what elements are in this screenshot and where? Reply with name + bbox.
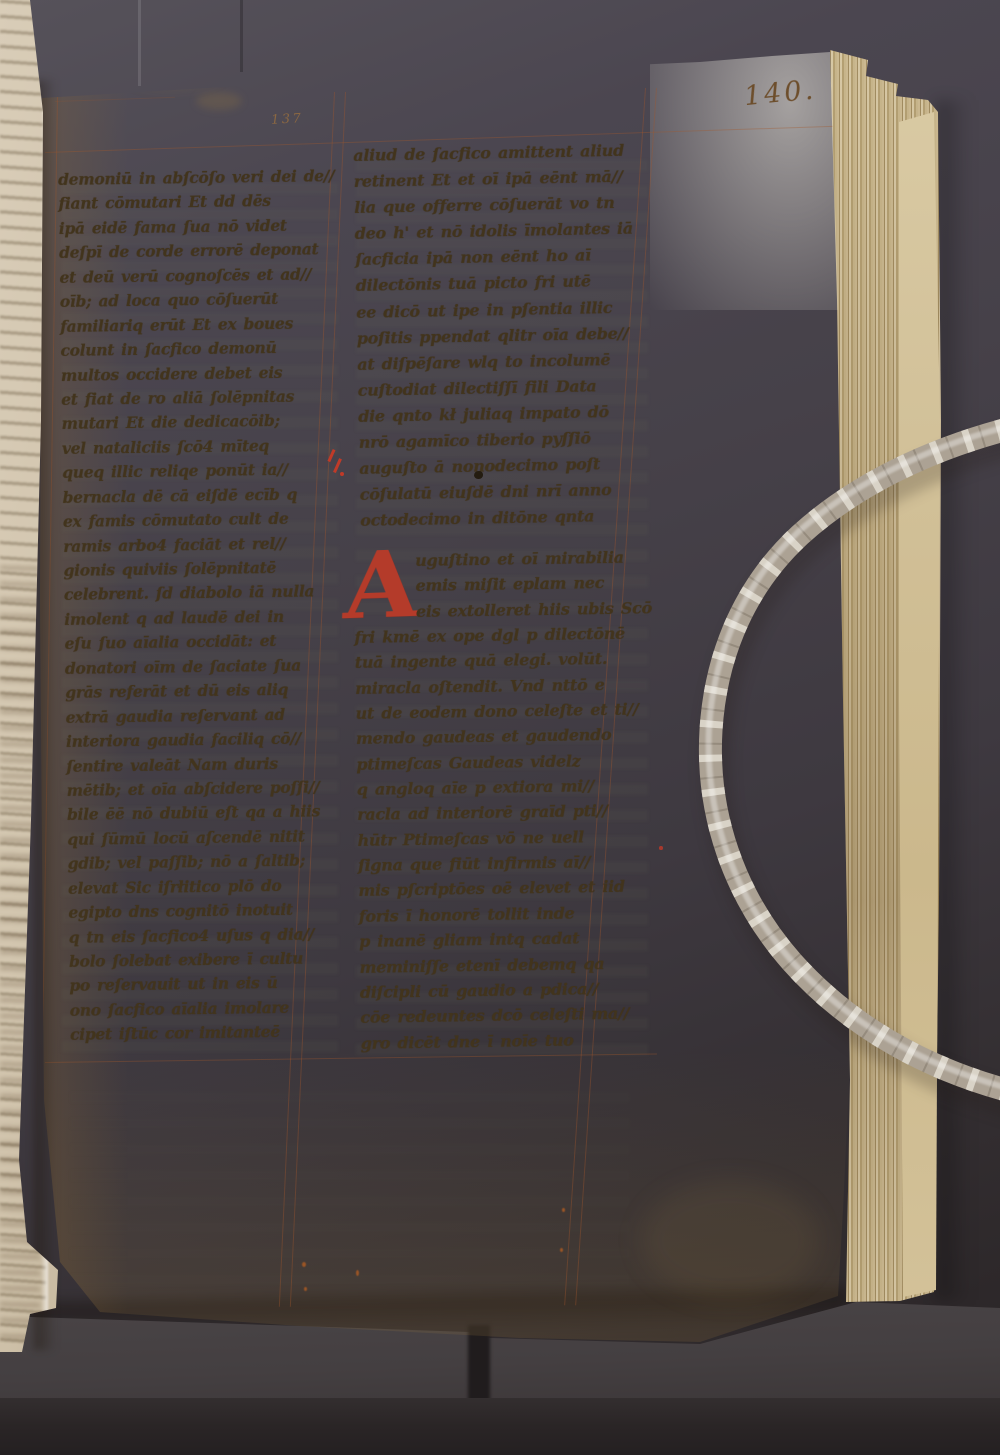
manuscript-text-line: deſpī de corde errorē deponat (59, 237, 336, 265)
ink-blot (474, 471, 483, 479)
manuscript-text-line: emis miſit eplam nec (415, 570, 651, 599)
manuscript-text-line: donatori oīm de ſaciate ſua (65, 653, 342, 681)
table-surface (0, 1398, 1000, 1455)
rust-spot (302, 1262, 306, 1267)
manuscript-text-line: celebrent. ſd diabolo iā nulla (64, 580, 341, 608)
red-correction-mark (340, 472, 344, 476)
fore-edge-shadow (936, 100, 970, 1300)
manuscript-text-line: interiora gaudia faciliq cō// (66, 726, 343, 754)
foam-step-edge (138, 0, 141, 86)
manuscript-text-line: demoniū in abſcōſo veri dei de// (58, 164, 335, 192)
right-text-column-block1: aliud de ſacfico amittent aliudretinent … (353, 138, 639, 535)
left-text-column: demoniū in abſcōſo veri dei de//fiant cō… (58, 164, 347, 1048)
manuscript-photo: 137 140. demoniū in abſcōſo veri dei de/… (0, 0, 1000, 1455)
manuscript-text-line: die qnto kł juliaq impato dō (358, 399, 637, 430)
manuscript-text-line: bile ēē nō dubiū eſt qa a hiis (67, 799, 344, 827)
manuscript-text-line: cōe redeuntes dcō celeſti ma// (360, 1000, 658, 1030)
manuscript-text-line: q tn eis ſacfico4 uſus q dia// (69, 922, 346, 950)
foam-step-edge (240, 0, 243, 72)
rust-spot (560, 1248, 563, 1252)
manuscript-text-line: mis pſcriptōes oē elevet et iid (358, 874, 656, 904)
rust-spot (562, 1208, 565, 1212)
manuscript-text-line: et deū verū cognoſcēs et ad// (59, 262, 336, 290)
parchment-stain (196, 92, 242, 110)
show-through-text (70, 1085, 630, 1285)
manuscript-text-line: gdib; vel paſſib; nō a ſaltib; (68, 848, 345, 876)
folio-number: 137 (271, 111, 304, 128)
manuscript-text-line: gro dicēt dne ī noīe tuo (361, 1026, 659, 1056)
rust-spot (356, 1270, 359, 1276)
rust-spot (304, 1287, 307, 1291)
manuscript-text-line: uguſtino et oī mirabilia (415, 544, 651, 573)
parchment-stain (640, 1180, 820, 1300)
manuscript-text-line: cipet iſtūc cor imitanteē (70, 1019, 347, 1047)
manuscript-text-line: mendo gaudeas et gaudendo (356, 722, 654, 752)
manuscript-text-line: eis extolleret hiis ubis Scō (416, 595, 652, 624)
right-text-column-block2: uguſtino et oī mirabiliaemis miſit eplam… (353, 544, 659, 1055)
red-dot-mark (659, 846, 663, 850)
manuscript-text-line: fri kmē ex ope dgl p dilectōnē (354, 620, 652, 650)
